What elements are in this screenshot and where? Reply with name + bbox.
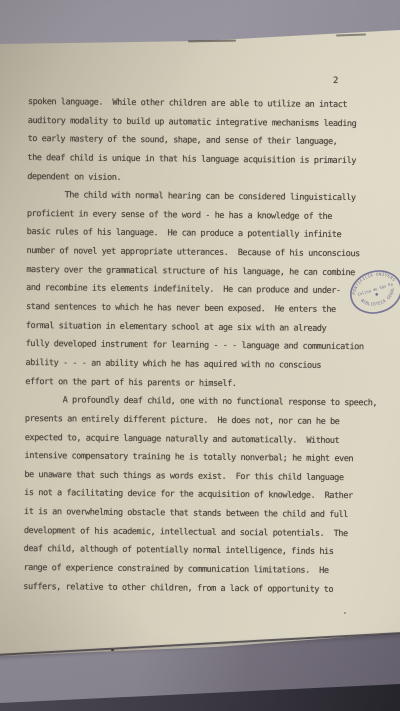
text-line: suffers, relative to other children, fro… xyxy=(23,582,383,604)
library-stamp: PONTIFICIA UNIVERS Colina de São Pa BIBL… xyxy=(347,263,400,321)
paper-speck xyxy=(344,612,346,614)
stamp-center-dot xyxy=(375,293,378,296)
paper-speck xyxy=(111,649,114,651)
typewritten-text: spoken language. While other children ar… xyxy=(23,97,388,604)
page-number: 2 xyxy=(333,76,338,86)
document-photo: 2 spoken language. While other children … xyxy=(0,0,400,711)
